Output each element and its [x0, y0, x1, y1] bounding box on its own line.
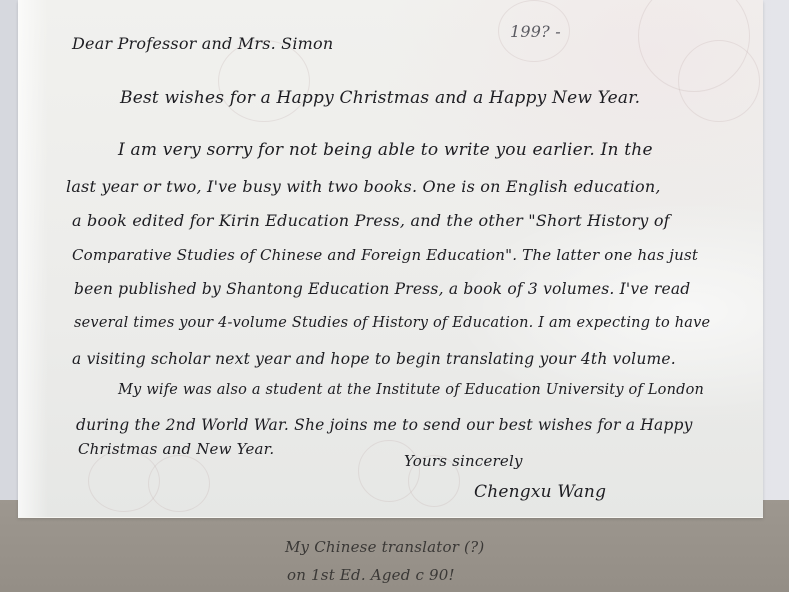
blossom-decoration [678, 40, 760, 122]
letter-line: a book edited for Kirin Education Press,… [72, 211, 670, 230]
salutation: Dear Professor and Mrs. Simon [72, 34, 333, 53]
letter-line: Christmas and New Year. [78, 440, 274, 458]
date-annotation: 199? - [510, 22, 561, 41]
letter-line: been published by Shantong Education Pre… [74, 280, 690, 298]
letter-line: last year or two, I've busy with two boo… [66, 177, 661, 196]
margin-note-line-1: My Chinese translator (?) [285, 538, 484, 556]
letter-line: I am very sorry for not being able to wr… [118, 140, 653, 160]
letter-line: a visiting scholar next year and hope to… [72, 350, 676, 368]
letter-line: My wife was also a student at the Instit… [118, 382, 704, 398]
letter-line: Comparative Studies of Chinese and Forei… [72, 246, 698, 264]
blossom-decoration [148, 455, 210, 512]
letter-line: during the 2nd World War. She joins me t… [76, 416, 693, 434]
letter-line: Best wishes for a Happy Christmas and a … [120, 88, 640, 108]
signature: Chengxu Wang [474, 482, 606, 502]
closing: Yours sincerely [404, 452, 523, 470]
margin-note-line-2: on 1st Ed. Aged c 90! [287, 566, 455, 584]
letter-line: several times your 4-volume Studies of H… [74, 315, 710, 331]
